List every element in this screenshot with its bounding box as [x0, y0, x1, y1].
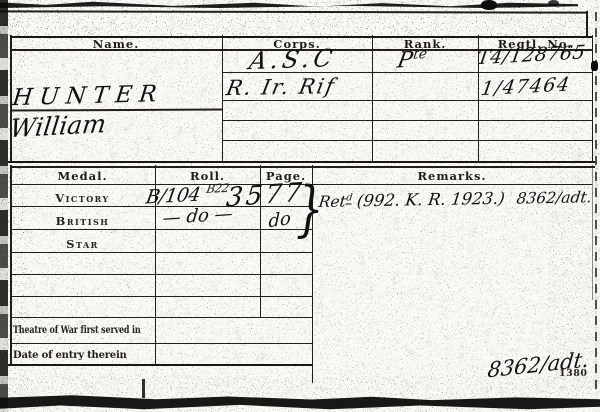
medal-row-line — [10, 252, 312, 254]
remarks-reference: 8362/adt. — [516, 188, 593, 207]
lower-right-border — [592, 165, 594, 300]
medal-row-label-star: Star — [10, 237, 155, 251]
medal-index-card-scan: Name. Corps. Rank. Regtl. No. HUNTER Wil… — [0, 0, 600, 412]
theatre-row-line — [10, 343, 312, 345]
upper-row-line — [222, 140, 593, 141]
handwritten-regtl-no-1: T4/128765 — [475, 41, 587, 69]
lower-table-bottom-line — [8, 364, 312, 366]
remarks-body: (992. K. R. 1923.) — [356, 189, 506, 211]
medal-row-label-victory: Victory — [10, 191, 155, 205]
handwritten-corps-1: A.S.C — [247, 44, 338, 75]
ink-layer: Name. Corps. Rank. Regtl. No. HUNTER Wil… — [0, 0, 600, 412]
medal-row-label-british: British — [10, 214, 155, 228]
medal-row-line — [10, 296, 312, 297]
remarks-column-header: Remarks. — [312, 169, 592, 183]
handwritten-corps-2: R. Ir. Rif — [224, 74, 338, 100]
handwritten-rank: Pte — [395, 46, 428, 73]
upper-right-border — [592, 35, 594, 162]
medal-column-header: Medal. — [10, 169, 155, 183]
rank-superscript: te — [412, 46, 428, 63]
handwritten-page-british-ditto: do — [268, 208, 291, 232]
theatre-of-war-label: Theatre of War first served in — [13, 325, 141, 336]
medal-row-line — [10, 274, 312, 275]
upper-row-line — [222, 120, 593, 121]
lower-table-top-line — [10, 166, 595, 168]
remarks-superscript: d — [345, 192, 353, 204]
name-corps-divider — [222, 35, 224, 162]
date-of-entry-label: Date of entry therein — [13, 350, 127, 361]
handwritten-roll-british-ditto: — do — — [162, 203, 234, 229]
name-column-header: Name. — [10, 37, 222, 51]
top-strip-right-edge — [586, 11, 588, 36]
handwritten-regtl-no-2: 1/47464 — [479, 73, 572, 100]
upper-row-line — [222, 100, 593, 102]
roll-main: B/104 — [144, 184, 202, 209]
upper-table-bottom-line — [8, 161, 595, 163]
top-strip-line — [0, 10, 588, 14]
corps-rank-divider — [372, 35, 374, 162]
roll-column-header: Roll. — [155, 169, 260, 183]
handwritten-page-victory: 3577 — [225, 178, 306, 214]
handwritten-surname: HUNTER — [11, 81, 165, 111]
handwritten-forename: William — [8, 109, 107, 143]
medal-row-line — [10, 317, 312, 319]
remarks-pre: Ret — [318, 193, 347, 212]
printed-form-number: 1380 — [559, 368, 587, 379]
handwritten-remarks-note: Retd (992. K. R. 1923.) 8362/adt. — [318, 187, 593, 211]
